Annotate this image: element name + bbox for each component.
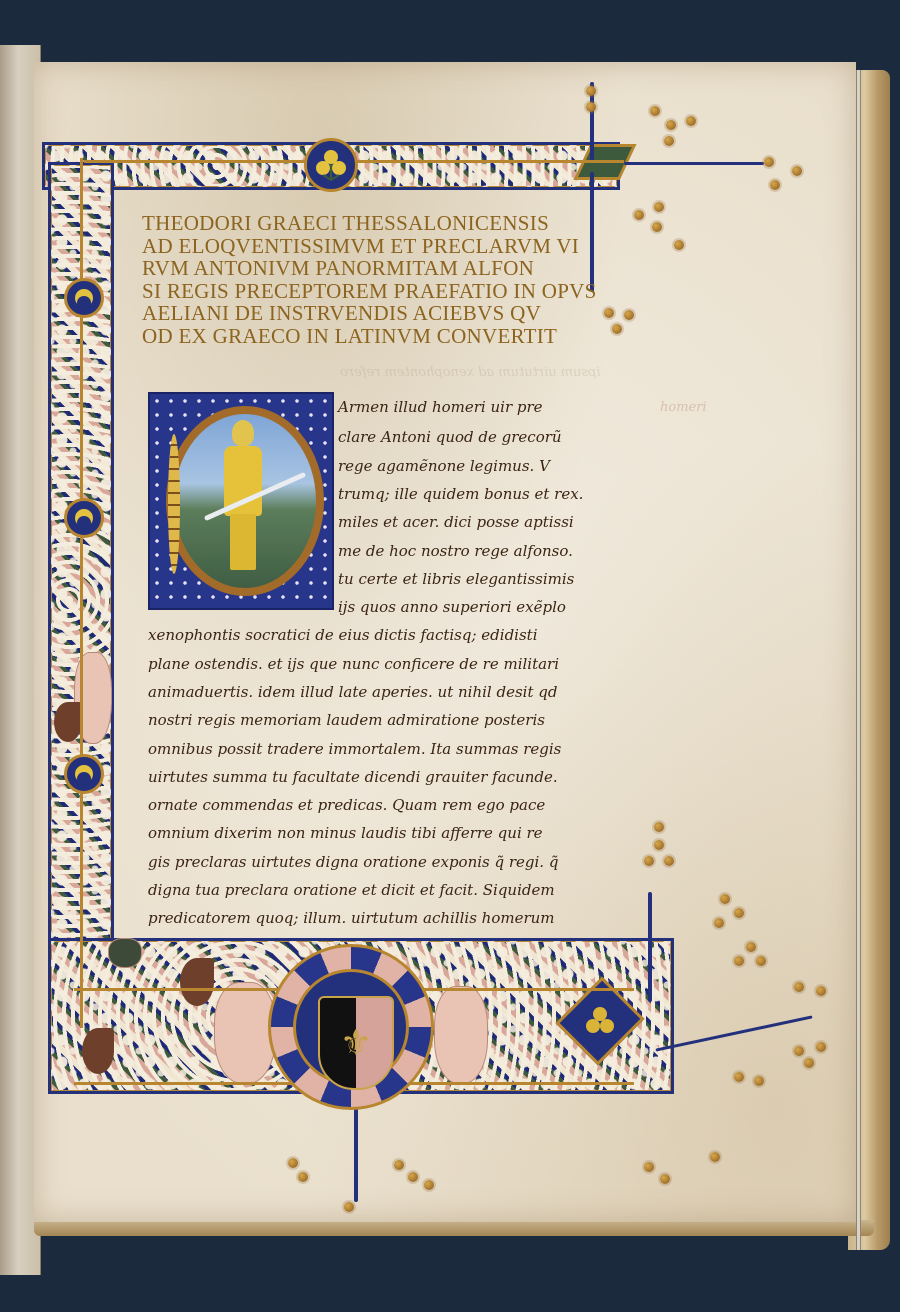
text-line: me de hoc nostro rege alfonso. (338, 542, 573, 560)
gold-seed-icon (686, 116, 696, 126)
text-line: omnibus possit tradere immortalem. Ita s… (148, 740, 561, 758)
gold-seed-icon (720, 894, 730, 904)
gold-seed-icon (652, 222, 662, 232)
gold-seed-icon (586, 102, 596, 112)
putto-head-corner (108, 938, 142, 968)
gold-seed-icon (424, 1180, 434, 1190)
bird-figure-left (54, 702, 82, 742)
heading-line: OD EX GRAECO IN LATINVM CONVERTIT (142, 325, 602, 348)
left-medallion-crescent-icon (64, 754, 104, 794)
text-line: gis preclaras uirtutes digna oratione ex… (148, 853, 558, 871)
text-line: omnium dixerim non minus laudis tibi aff… (148, 824, 543, 842)
gold-seed-icon (664, 136, 674, 146)
gold-seed-icon (654, 822, 664, 832)
heading-line: SI REGIS PRECEPTOREM PRAEFATIO IN OPVS (142, 280, 602, 303)
rubric-heading: THEODORI GRAECI THESSALONICENSIS AD ELOQ… (142, 212, 602, 348)
show-through-text: ipsum uirtutum ad xenophontem refero (340, 365, 601, 380)
gold-seed-icon (654, 840, 664, 850)
coat-of-arms-medallion: ⚜ (268, 944, 434, 1110)
gold-seed-icon (816, 1042, 826, 1052)
text-line: ijs quos anno superiori exẽplo (338, 598, 566, 616)
text-line: digna tua preclara oratione et dicit et … (148, 881, 555, 899)
gold-seed-icon (612, 324, 622, 334)
gold-seed-icon (604, 308, 614, 318)
gold-seed-icon (794, 982, 804, 992)
gold-seed-icon (714, 918, 724, 928)
text-line: miles et acer. dici posse aptissi (338, 513, 574, 531)
flourish-arm (648, 892, 652, 1002)
gold-seed-icon (794, 1046, 804, 1056)
page-stack-bottom (34, 1220, 874, 1236)
gold-seed-icon (298, 1172, 308, 1182)
historiated-initial (148, 392, 334, 610)
gold-seed-icon (644, 1162, 654, 1172)
heading-line: RVM ANTONIVM PANORMITAM ALFON (142, 257, 602, 280)
text-line: animaduertis. idem illud late aperies. u… (148, 683, 557, 701)
gold-seed-icon (734, 1072, 744, 1082)
gold-seed-icon (756, 956, 766, 966)
margin-annotation: homeri (660, 400, 707, 415)
text-line: clare Antoni quod de grecorũ (338, 428, 562, 446)
heading-line: AD ELOQVENTISSIMVM ET PRECLARVM VI (142, 235, 602, 258)
bird-figure-bottom (180, 958, 214, 1006)
putto-figure-bottom-left (214, 982, 276, 1084)
gold-seed-icon (288, 1158, 298, 1168)
heading-line: THEODORI GRAECI THESSALONICENSIS (142, 212, 602, 235)
gold-seed-icon (792, 166, 802, 176)
gold-seed-icon (710, 1152, 720, 1162)
top-medallion-three-balls-icon (304, 138, 358, 192)
text-line: Armen illud homeri uir pre (338, 398, 543, 416)
page-edge-line (856, 70, 861, 1250)
gold-seed-icon (764, 157, 774, 167)
gold-seed-icon (666, 120, 676, 130)
gold-seed-icon (344, 1202, 354, 1212)
left-medallion-crescent-icon (64, 278, 104, 318)
flourish-arm (624, 162, 764, 165)
text-line: nostri regis memoriam laudem admiratione… (148, 711, 545, 729)
putto-figure-bottom-right (434, 986, 488, 1084)
initial-letter-stroke (168, 434, 180, 574)
gold-seed-icon (654, 202, 664, 212)
gold-seed-icon (734, 956, 744, 966)
gold-seed-icon (586, 86, 596, 96)
gold-seed-icon (644, 856, 654, 866)
gold-seed-icon (734, 908, 744, 918)
gold-seed-icon (624, 310, 634, 320)
coat-of-arms-shield-icon: ⚜ (318, 996, 394, 1090)
text-line: tu certe et libris elegantissimis (338, 570, 574, 588)
gold-seed-icon (664, 856, 674, 866)
gold-seed-icon (770, 180, 780, 190)
gold-seed-icon (674, 240, 684, 250)
text-line: xenophontis socratici de eius dictis fac… (148, 626, 538, 644)
gold-seed-icon (816, 986, 826, 996)
gold-seed-icon (660, 1174, 670, 1184)
gold-seed-icon (746, 942, 756, 952)
gold-seed-icon (804, 1058, 814, 1068)
text-line: ornate commendas et predicas. Quam rem e… (148, 796, 545, 814)
flourish-arm (655, 1015, 812, 1051)
text-line: plane ostendis. et ijs que nunc conficer… (148, 655, 559, 673)
bird-figure-bottom (82, 1028, 114, 1074)
text-line: trumq; ille quidem bonus et rex. (338, 485, 583, 503)
text-line: predicatorem quoq; illum. uirtutum achil… (148, 909, 555, 927)
gold-seed-icon (650, 106, 660, 116)
gold-seed-icon (634, 210, 644, 220)
heading-line: AELIANI DE INSTRVENDIS ACIEBVS QV (142, 302, 602, 325)
text-line: rege agamẽnone legimus. V (338, 457, 550, 475)
text-line: uirtutes summa tu facultate dicendi grau… (148, 768, 558, 786)
gold-seed-icon (394, 1160, 404, 1170)
left-medallion-crescent-icon (64, 498, 104, 538)
gold-seed-icon (408, 1172, 418, 1182)
gold-seed-icon (754, 1076, 764, 1086)
